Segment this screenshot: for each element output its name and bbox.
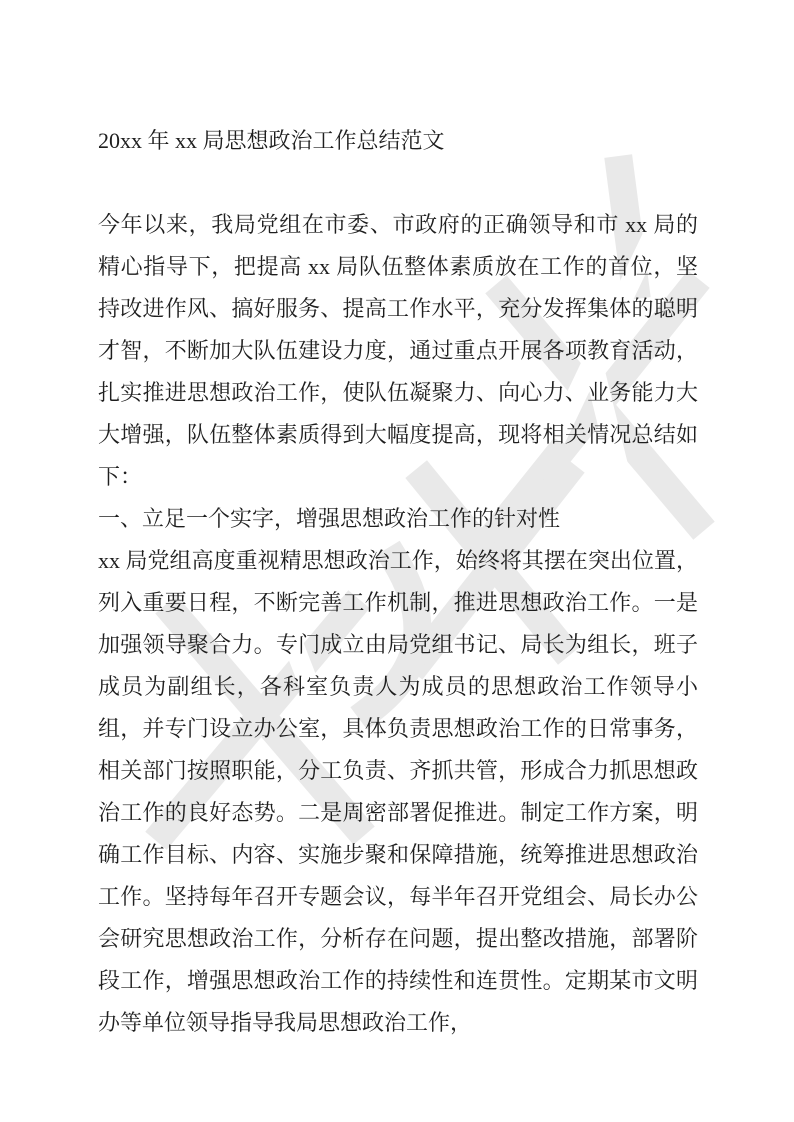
paragraph-section-body: xx 局党组高度重视精思想政治工作，始终将其摆在突出位置，列入重要日程，不断完善…	[98, 540, 698, 1044]
document-content: 20xx 年 xx 局思想政治工作总结范文 今年以来，我局党组在市委、市政府的正…	[98, 120, 698, 1044]
document-title: 20xx 年 xx 局思想政治工作总结范文	[98, 120, 698, 162]
document-page: 20xx 年 xx 局思想政治工作总结范文 今年以来，我局党组在市委、市政府的正…	[0, 0, 794, 1122]
section-heading: 一、立足一个实字，增强思想政治工作的针对性	[98, 498, 698, 540]
paragraph-intro: 今年以来，我局党组在市委、市政府的正确领导和市 xx 局的精心指导下，把提高 x…	[98, 204, 698, 498]
